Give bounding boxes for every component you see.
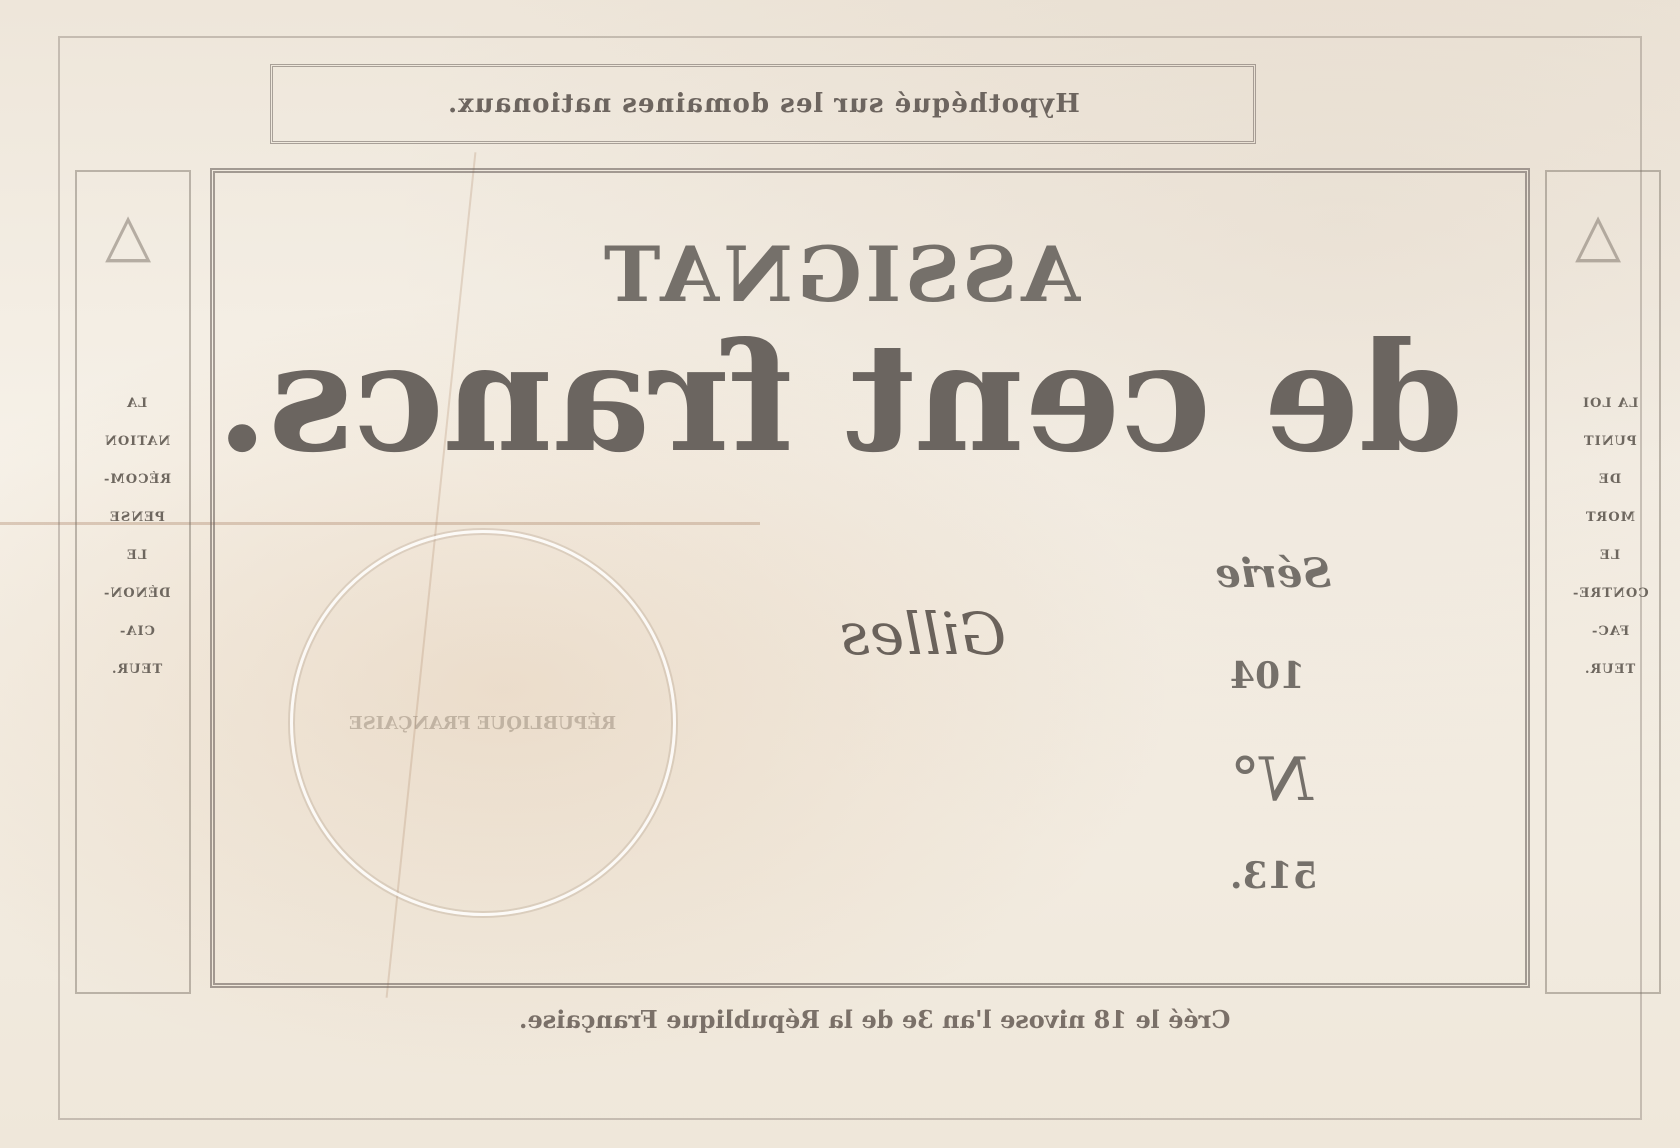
left-column-text: LA NATION RÉCOM- PENSE LE DÉNON- CIA- TE… [82, 385, 192, 689]
right-line: PUNIT [1583, 423, 1637, 461]
denomination: de cent francs. [0, 310, 1680, 486]
denomination-text: de cent francs. [216, 310, 1464, 486]
serie-label: Série [1215, 550, 1331, 597]
left-line: CIA- [119, 613, 155, 651]
left-line: LE [126, 537, 147, 575]
embossed-seal: RÉPUBLIQUE FRANÇAISE [290, 530, 676, 916]
number-label: N° [1230, 745, 1313, 815]
left-line: RÉCOM- [103, 461, 171, 499]
number-label-text: N° [1230, 745, 1313, 815]
right-line: CONTRE- [1572, 575, 1649, 613]
top-band-text: Hypothéqué sur les domaines nationaux. [447, 89, 1080, 119]
left-line: DÉNON- [103, 575, 171, 613]
serie-number: 104 [1230, 655, 1305, 697]
bottom-line: Créé le 18 nivose l'an 3e de la Républiq… [350, 1005, 1400, 1034]
right-line: LA LOI [1582, 385, 1638, 423]
right-column-text: LA LOI PUNIT DE MORT LE CONTRE- FAC- TEU… [1555, 385, 1665, 689]
serie-number-text: 104 [1230, 655, 1305, 697]
right-line: TEUR. [1584, 651, 1635, 689]
serie-label-text: Série [1215, 550, 1331, 597]
bottom-line-text: Créé le 18 nivose l'an 3e de la Républiq… [519, 1005, 1230, 1034]
right-line: FAC- [1591, 613, 1629, 651]
right-line: DE [1598, 461, 1621, 499]
note-number-text: 513. [1230, 855, 1318, 897]
seal-text: RÉPUBLIQUE FRANÇAISE [349, 713, 616, 734]
left-line: NATION [104, 423, 170, 461]
signature: Gilles [840, 600, 1006, 668]
left-line: LA [126, 385, 147, 423]
signature-text: Gilles [840, 600, 1006, 668]
right-line: MORT [1585, 499, 1635, 537]
note-number: 513. [1230, 855, 1318, 897]
left-line: PENSE [109, 499, 165, 537]
left-line: TEUR. [111, 651, 162, 689]
title: ASSIGNAT [0, 230, 1680, 319]
top-band: Hypothéqué sur les domaines nationaux. [270, 64, 1256, 144]
title-text: ASSIGNAT [600, 230, 1080, 319]
right-line: LE [1599, 537, 1620, 575]
